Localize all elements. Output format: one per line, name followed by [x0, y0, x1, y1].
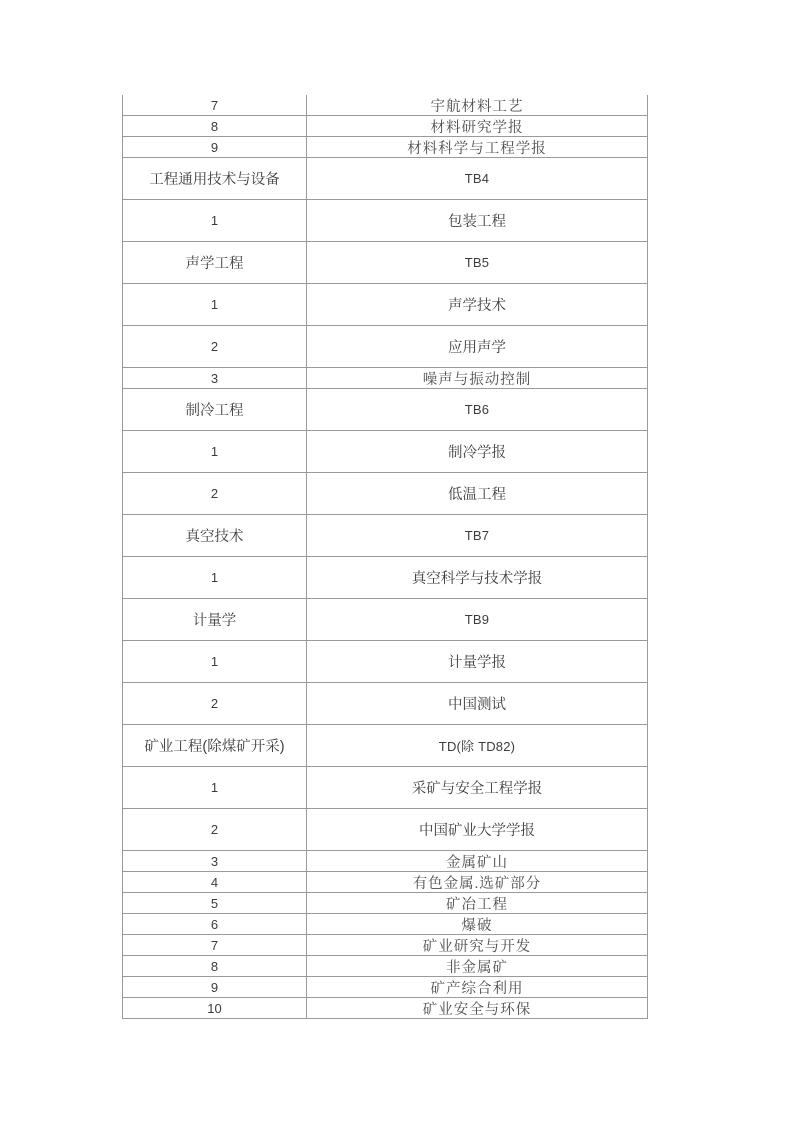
table-row: 8 材料研究学报: [123, 116, 647, 137]
category-code-cell: TB7: [307, 515, 647, 556]
table-row: 3 金属矿山: [123, 851, 647, 872]
journal-index-cell: 1: [123, 284, 307, 325]
category-code-cell: TB5: [307, 242, 647, 283]
category-code-cell: TD(除 TD82): [307, 725, 647, 766]
table-row: 4 有色金属.选矿部分: [123, 872, 647, 893]
journal-name-cell: 中国测试: [307, 683, 647, 724]
journal-name-cell: 有色金属.选矿部分: [307, 872, 647, 892]
journal-index-cell: 10: [123, 998, 307, 1018]
journal-index-cell: 1: [123, 557, 307, 598]
table-row: 7 宇航材料工艺: [123, 95, 647, 116]
journal-name-cell: 采矿与安全工程学报: [307, 767, 647, 808]
journal-name-cell: 中国矿业大学学报: [307, 809, 647, 850]
table-row: 5 矿冶工程: [123, 893, 647, 914]
table-row: 1 真空科学与技术学报: [123, 557, 647, 599]
category-name-cell: 制冷工程: [123, 389, 307, 430]
category-name-cell: 计量学: [123, 599, 307, 640]
journal-index-cell: 2: [123, 809, 307, 850]
journal-name-cell: 声学技术: [307, 284, 647, 325]
journal-index-cell: 7: [123, 95, 307, 115]
category-name-cell: 工程通用技术与设备: [123, 158, 307, 199]
journal-name-cell: 噪声与振动控制: [307, 368, 647, 388]
table-row-category: 真空技术 TB7: [123, 515, 647, 557]
table-row: 9 矿产综合利用: [123, 977, 647, 998]
journal-name-cell: 材料研究学报: [307, 116, 647, 136]
table-row: 1 采矿与安全工程学报: [123, 767, 647, 809]
journal-index-cell: 1: [123, 767, 307, 808]
journal-category-table: 7 宇航材料工艺 8 材料研究学报 9 材料科学与工程学报 工程通用技术与设备 …: [122, 95, 648, 1019]
category-name-cell: 矿业工程(除煤矿开采): [123, 725, 307, 766]
journal-name-cell: 非金属矿: [307, 956, 647, 976]
table-row: 3 噪声与振动控制: [123, 368, 647, 389]
journal-index-cell: 7: [123, 935, 307, 955]
journal-index-cell: 9: [123, 977, 307, 997]
table-row-category: 制冷工程 TB6: [123, 389, 647, 431]
category-code-cell: TB4: [307, 158, 647, 199]
table-row: 7 矿业研究与开发: [123, 935, 647, 956]
journal-name-cell: 矿业安全与环保: [307, 998, 647, 1018]
table-row: 10 矿业安全与环保: [123, 998, 647, 1019]
table-row: 8 非金属矿: [123, 956, 647, 977]
journal-index-cell: 2: [123, 473, 307, 514]
journal-index-cell: 8: [123, 116, 307, 136]
journal-index-cell: 1: [123, 641, 307, 682]
journal-name-cell: 矿产综合利用: [307, 977, 647, 997]
journal-name-cell: 制冷学报: [307, 431, 647, 472]
journal-name-cell: 真空科学与技术学报: [307, 557, 647, 598]
journal-index-cell: 1: [123, 431, 307, 472]
table-row: 2 应用声学: [123, 326, 647, 368]
table-row: 2 中国矿业大学学报: [123, 809, 647, 851]
journal-name-cell: 低温工程: [307, 473, 647, 514]
table-row: 1 声学技术: [123, 284, 647, 326]
journal-name-cell: 包装工程: [307, 200, 647, 241]
table-row: 2 低温工程: [123, 473, 647, 515]
table-row: 1 包装工程: [123, 200, 647, 242]
journal-name-cell: 矿冶工程: [307, 893, 647, 913]
journal-name-cell: 材料科学与工程学报: [307, 137, 647, 157]
journal-index-cell: 6: [123, 914, 307, 934]
table-row-category: 计量学 TB9: [123, 599, 647, 641]
table-row: 1 计量学报: [123, 641, 647, 683]
journal-name-cell: 宇航材料工艺: [307, 95, 647, 115]
journal-name-cell: 金属矿山: [307, 851, 647, 871]
category-code-cell: TB6: [307, 389, 647, 430]
category-name-cell: 真空技术: [123, 515, 307, 556]
table-row: 1 制冷学报: [123, 431, 647, 473]
table-row-category: 声学工程 TB5: [123, 242, 647, 284]
journal-index-cell: 8: [123, 956, 307, 976]
journal-name-cell: 爆破: [307, 914, 647, 934]
table-row: 9 材料科学与工程学报: [123, 137, 647, 158]
category-code-cell: TB9: [307, 599, 647, 640]
journal-name-cell: 矿业研究与开发: [307, 935, 647, 955]
journal-index-cell: 3: [123, 851, 307, 871]
journal-name-cell: 计量学报: [307, 641, 647, 682]
table-row: 2 中国测试: [123, 683, 647, 725]
journal-index-cell: 2: [123, 326, 307, 367]
table-row-category: 工程通用技术与设备 TB4: [123, 158, 647, 200]
journal-index-cell: 1: [123, 200, 307, 241]
table-row: 6 爆破: [123, 914, 647, 935]
category-name-cell: 声学工程: [123, 242, 307, 283]
journal-index-cell: 2: [123, 683, 307, 724]
journal-index-cell: 9: [123, 137, 307, 157]
journal-index-cell: 5: [123, 893, 307, 913]
journal-index-cell: 4: [123, 872, 307, 892]
table-row-category: 矿业工程(除煤矿开采) TD(除 TD82): [123, 725, 647, 767]
journal-index-cell: 3: [123, 368, 307, 388]
journal-name-cell: 应用声学: [307, 326, 647, 367]
